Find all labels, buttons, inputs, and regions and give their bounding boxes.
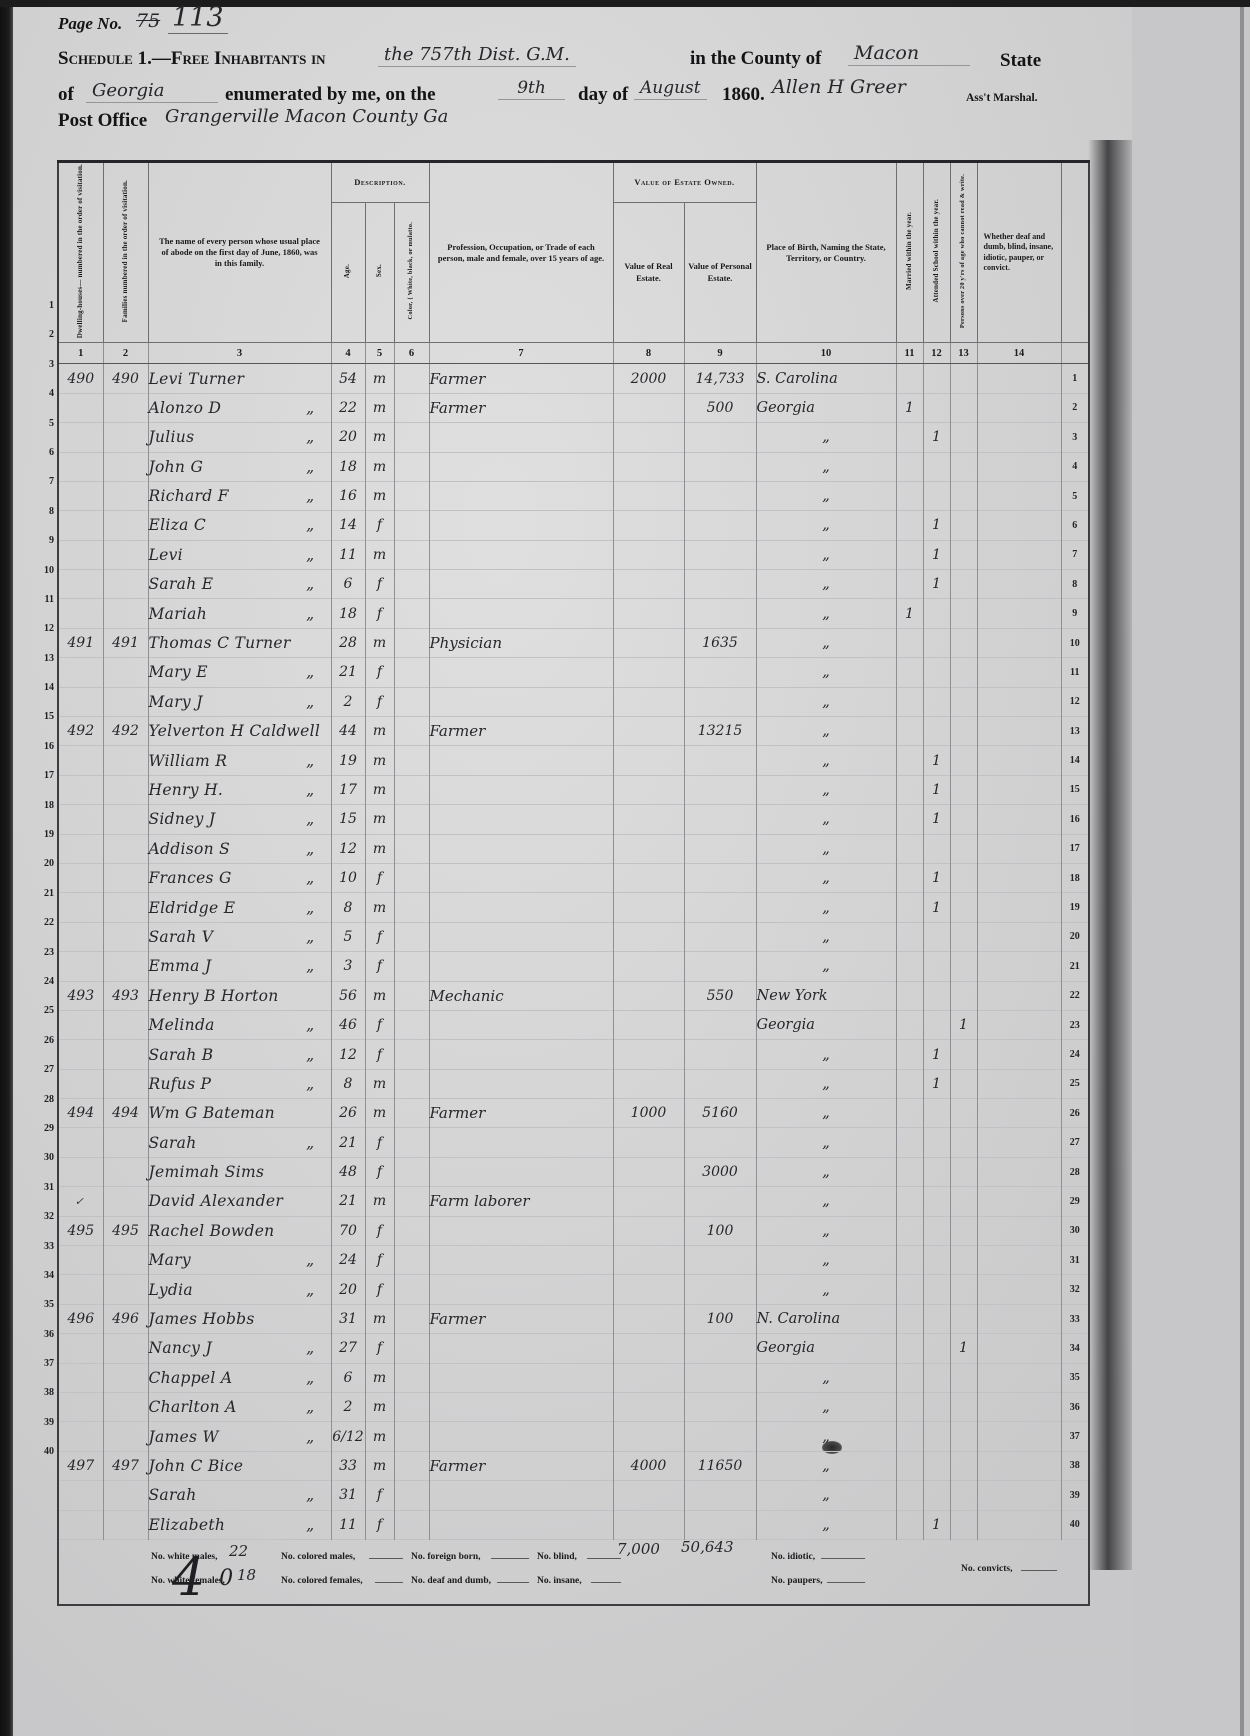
cell-name: Lydia„ [148, 1275, 331, 1304]
cell-sex: f [365, 599, 394, 628]
row-number-right: 15 [1061, 775, 1089, 804]
cell-school: 1 [923, 1510, 950, 1539]
row-number-right: 25 [1061, 1069, 1089, 1098]
cell-remarks [977, 1128, 1061, 1157]
cell-dwelling: 491 [58, 628, 103, 657]
cell-name: Rachel Bowden [148, 1216, 331, 1245]
cell-family [103, 511, 148, 540]
cell-name: Eliza C„ [148, 511, 331, 540]
cell-school: 1 [923, 511, 950, 540]
table-row: Henry H.„17m„115 [58, 775, 1089, 804]
cell-real-estate [613, 1157, 684, 1186]
state-label: State [1000, 50, 1041, 72]
row-number-left: 9 [30, 535, 54, 564]
cell-remarks [977, 1393, 1061, 1422]
cell-cannot-read [950, 1040, 977, 1069]
surname-ditto: „ [306, 869, 314, 887]
cell-age: 11 [331, 540, 365, 569]
cell-age: 21 [331, 658, 365, 687]
cell-remarks [977, 511, 1061, 540]
cell-remarks [977, 805, 1061, 834]
row-number-right: 36 [1061, 1393, 1089, 1422]
cell-birthplace: „ [756, 863, 896, 892]
cell-cannot-read [950, 658, 977, 687]
cell-occupation [429, 481, 613, 510]
cell-remarks [977, 922, 1061, 951]
cell-school: 1 [923, 540, 950, 569]
cell-family [103, 863, 148, 892]
row-number-right: 6 [1061, 511, 1089, 540]
cell-color [394, 658, 429, 687]
cell-remarks [977, 1246, 1061, 1275]
row-number-left: 37 [30, 1358, 54, 1387]
cell-dwelling [58, 570, 103, 599]
cell-age: 20 [331, 423, 365, 452]
cell-married [896, 952, 923, 981]
cell-age: 12 [331, 834, 365, 863]
cell-color [394, 1334, 429, 1363]
row-number-left: 14 [30, 682, 54, 711]
cell-sex: m [365, 805, 394, 834]
table-row: William R„19m„114 [58, 746, 1089, 775]
cell-real-estate [613, 863, 684, 892]
scan-right-edge [1240, 0, 1244, 1736]
surname-ditto: „ [306, 1016, 314, 1034]
table-row: 492492Yelverton H Caldwell44mFarmer13215… [58, 717, 1089, 746]
cell-dwelling [58, 1363, 103, 1392]
cell-color [394, 687, 429, 716]
person-name: Eldridge E [149, 899, 236, 917]
cell-birthplace: „ [756, 922, 896, 951]
cell-family [103, 1187, 148, 1216]
surname-ditto: „ [306, 1134, 314, 1152]
cell-family [103, 952, 148, 981]
row-number-left: 22 [30, 917, 54, 946]
cell-dwelling [58, 1393, 103, 1422]
cell-occupation [429, 893, 613, 922]
cell-dwelling: 490 [58, 364, 103, 393]
person-name: Jemimah Sims [149, 1163, 265, 1181]
cell-name: Henry B Horton [148, 981, 331, 1010]
table-row: Melinda„46fGeorgia123 [58, 1010, 1089, 1039]
cell-sex: m [365, 628, 394, 657]
check-mark: ✓ [75, 1195, 84, 1208]
surname-ditto: „ [306, 487, 314, 505]
cell-color [394, 981, 429, 1010]
table-row: Emma J„3f„21 [58, 952, 1089, 981]
cell-color [394, 511, 429, 540]
cell-name: Sarah„ [148, 1128, 331, 1157]
row-number-right: 3 [1061, 423, 1089, 452]
cell-birthplace: „ [756, 893, 896, 922]
cell-personal-estate [684, 1393, 756, 1422]
census-rows: 490490Levi Turner54mFarmer200014,733S. C… [58, 364, 1089, 1540]
cell-birthplace: „ [756, 628, 896, 657]
table-row: 496496James Hobbs31mFarmer100N. Carolina… [58, 1304, 1089, 1333]
person-name: Henry B Horton [149, 987, 279, 1005]
cell-occupation: Farmer [429, 717, 613, 746]
row-number-left: 1 [30, 300, 54, 329]
blind-label: No. blind, [537, 1552, 577, 1562]
binding-shadow [1088, 140, 1132, 1570]
cell-remarks [977, 1010, 1061, 1039]
cell-name: Sarah E„ [148, 570, 331, 599]
row-number-left: 27 [30, 1064, 54, 1093]
cell-occupation [429, 570, 613, 599]
cell-birthplace: „ [756, 834, 896, 863]
margin-mark: 40 [172, 1548, 233, 1608]
table-row: Rufus P„8m„125 [58, 1069, 1089, 1098]
cell-occupation [429, 1040, 613, 1069]
row-number-left: 38 [30, 1387, 54, 1416]
column-number-row: 123 456 789 101112 1314 [58, 343, 1089, 364]
cell-name: Addison S„ [148, 834, 331, 863]
cell-real-estate [613, 834, 684, 863]
cell-dwelling [58, 1510, 103, 1539]
cell-married [896, 775, 923, 804]
header-dwelling: Dwelling-houses— numbered in the order o… [58, 162, 103, 343]
cell-birthplace: „ [756, 1393, 896, 1422]
cell-married [896, 863, 923, 892]
cell-dwelling [58, 1481, 103, 1510]
cell-age: 14 [331, 511, 365, 540]
cell-personal-estate: 3000 [684, 1157, 756, 1186]
cell-cannot-read [950, 511, 977, 540]
cell-dwelling [58, 1069, 103, 1098]
row-number-left: 39 [30, 1417, 54, 1446]
cell-school: 1 [923, 1069, 950, 1098]
cell-sex: m [365, 981, 394, 1010]
surname-ditto: „ [306, 810, 314, 828]
table-row: 490490Levi Turner54mFarmer200014,733S. C… [58, 364, 1089, 393]
person-name: James Hobbs [149, 1310, 255, 1328]
cell-married [896, 364, 923, 393]
cell-real-estate [613, 423, 684, 452]
cell-name: William R„ [148, 746, 331, 775]
row-number-right: 29 [1061, 1187, 1089, 1216]
county-label: in the County of [690, 48, 821, 70]
cell-family [103, 805, 148, 834]
cell-color [394, 1010, 429, 1039]
cell-color [394, 1216, 429, 1245]
cell-sex: m [365, 1069, 394, 1098]
table-row: Eliza C„14f„16 [58, 511, 1089, 540]
cell-birthplace: New York [756, 981, 896, 1010]
row-number-left: 5 [30, 418, 54, 447]
cell-color [394, 893, 429, 922]
cell-remarks [977, 423, 1061, 452]
cell-cannot-read [950, 628, 977, 657]
cell-married [896, 452, 923, 481]
cell-age: 2 [331, 1393, 365, 1422]
cell-family [103, 1363, 148, 1392]
header-remarks: Whether deaf and dumb, blind, insane, id… [977, 162, 1061, 343]
cell-married [896, 1069, 923, 1098]
cell-dwelling: 497 [58, 1451, 103, 1480]
cell-school [923, 1451, 950, 1480]
cell-dwelling [58, 423, 103, 452]
cell-cannot-read [950, 981, 977, 1010]
person-name: Sarah B [149, 1046, 214, 1064]
cell-color [394, 1128, 429, 1157]
cell-sex: m [365, 540, 394, 569]
cell-name: John G„ [148, 452, 331, 481]
cell-family [103, 599, 148, 628]
row-number-left: 7 [30, 476, 54, 505]
idiotic-label: No. idiotic, [771, 1552, 815, 1562]
cell-real-estate [613, 981, 684, 1010]
cell-age: 17 [331, 775, 365, 804]
page-no-value: 113 [168, 2, 228, 34]
row-number-right: 39 [1061, 1481, 1089, 1510]
cell-dwelling [58, 805, 103, 834]
cell-dwelling [58, 775, 103, 804]
row-number-right: 35 [1061, 1363, 1089, 1392]
cell-color [394, 1393, 429, 1422]
cell-married [896, 1510, 923, 1539]
row-number-left: 15 [30, 711, 54, 740]
cell-sex: f [365, 863, 394, 892]
post-office-handwritten: Grangerville Macon County Ga [165, 106, 448, 127]
person-name: Alonzo D [149, 399, 222, 417]
row-number-right: 24 [1061, 1040, 1089, 1069]
cell-family [103, 658, 148, 687]
cell-dwelling [58, 687, 103, 716]
table-row: Levi„11m„17 [58, 540, 1089, 569]
cell-remarks [977, 1275, 1061, 1304]
cell-school [923, 1275, 950, 1304]
cell-age: 5 [331, 922, 365, 951]
person-name: Wm G Bateman [149, 1104, 275, 1122]
row-number-right: 30 [1061, 1216, 1089, 1245]
cell-married [896, 717, 923, 746]
cell-dwelling: 496 [58, 1304, 103, 1333]
cell-name: Mary J„ [148, 687, 331, 716]
cell-age: 6 [331, 1363, 365, 1392]
cell-name: Sarah V„ [148, 922, 331, 951]
cell-occupation [429, 1128, 613, 1157]
table-row: Sarah E„6f„18 [58, 570, 1089, 599]
surname-ditto: „ [306, 1398, 314, 1416]
cell-married [896, 687, 923, 716]
cell-name: Henry H.„ [148, 775, 331, 804]
month-handwritten: August [634, 78, 707, 100]
cell-family [103, 1334, 148, 1363]
cell-sex: m [365, 364, 394, 393]
cell-cannot-read [950, 863, 977, 892]
cell-family [103, 687, 148, 716]
cell-sex: f [365, 1010, 394, 1039]
table-row: Frances G„10f„118 [58, 863, 1089, 892]
cell-sex: f [365, 1510, 394, 1539]
cell-remarks [977, 863, 1061, 892]
cell-age: 19 [331, 746, 365, 775]
colored-females-label: No. colored females, [281, 1576, 363, 1586]
row-number-left: 16 [30, 741, 54, 770]
cell-remarks [977, 570, 1061, 599]
row-number-right: 14 [1061, 746, 1089, 775]
cell-school [923, 1422, 950, 1451]
cell-sex: m [365, 1451, 394, 1480]
row-number-right: 18 [1061, 863, 1089, 892]
cell-cannot-read: 1 [950, 1010, 977, 1039]
cell-color [394, 1157, 429, 1186]
cell-cannot-read [950, 1157, 977, 1186]
cell-color [394, 628, 429, 657]
surname-ditto: „ [306, 458, 314, 476]
cell-family [103, 540, 148, 569]
cell-family [103, 893, 148, 922]
row-number-left: 21 [30, 888, 54, 917]
surname-ditto: „ [306, 663, 314, 681]
cell-occupation [429, 834, 613, 863]
surname-ditto: „ [306, 928, 314, 946]
cell-sex: f [365, 570, 394, 599]
cell-cannot-read [950, 1363, 977, 1392]
cell-family [103, 1010, 148, 1039]
cell-family [103, 1157, 148, 1186]
cell-personal-estate: 1635 [684, 628, 756, 657]
cell-color [394, 423, 429, 452]
table-row: 497497John C Bice33mFarmer400011650„38 [58, 1451, 1089, 1480]
cell-sex: m [365, 1099, 394, 1128]
cell-married [896, 1304, 923, 1333]
cell-dwelling [58, 1422, 103, 1451]
cell-cannot-read [950, 1246, 977, 1275]
person-name: John C Bice [149, 1457, 244, 1475]
cell-personal-estate: 11650 [684, 1451, 756, 1480]
cell-family [103, 1069, 148, 1098]
header-cannot-read: Persons over 20 y'rs of age who cannot r… [950, 162, 977, 343]
cell-remarks [977, 893, 1061, 922]
cell-birthplace: „ [756, 717, 896, 746]
row-number-right: 1 [1061, 364, 1089, 393]
cell-school: 1 [923, 746, 950, 775]
row-number-right: 4 [1061, 452, 1089, 481]
cell-dwelling [58, 540, 103, 569]
row-number-left: 30 [30, 1152, 54, 1181]
header-married: Married within the year. [896, 162, 923, 343]
cell-color [394, 1363, 429, 1392]
cell-color [394, 1069, 429, 1098]
cell-family [103, 1040, 148, 1069]
cell-school [923, 1216, 950, 1245]
row-number-right: 7 [1061, 540, 1089, 569]
cell-occupation [429, 423, 613, 452]
cell-sex: f [365, 511, 394, 540]
cell-age: 27 [331, 1334, 365, 1363]
table-row: Richard F„16m„5 [58, 481, 1089, 510]
cell-color [394, 1422, 429, 1451]
cell-married [896, 1246, 923, 1275]
cell-real-estate [613, 1481, 684, 1510]
cell-real-estate [613, 687, 684, 716]
cell-sex: m [365, 834, 394, 863]
cell-color [394, 746, 429, 775]
cell-sex: f [365, 1128, 394, 1157]
surname-ditto: „ [306, 516, 314, 534]
cell-age: 26 [331, 1099, 365, 1128]
cell-color [394, 599, 429, 628]
header-birthplace: Place of Birth, Naming the State, Territ… [756, 162, 896, 343]
row-number-left: 29 [30, 1123, 54, 1152]
cell-birthplace: „ [756, 1481, 896, 1510]
table-row: Mariah„18f„19 [58, 599, 1089, 628]
post-office-label: Post Office [58, 110, 147, 132]
cell-school [923, 1099, 950, 1128]
cell-color [394, 1275, 429, 1304]
cell-family [103, 1275, 148, 1304]
cell-dwelling [58, 1010, 103, 1039]
table-row: Mary„24f„31 [58, 1246, 1089, 1275]
row-number-left: 26 [30, 1035, 54, 1064]
row-number-right: 28 [1061, 1157, 1089, 1186]
surname-ditto: „ [306, 752, 314, 770]
cell-occupation: Physician [429, 628, 613, 657]
cell-name: David Alexander [148, 1187, 331, 1216]
cell-married [896, 1481, 923, 1510]
cell-married [896, 1451, 923, 1480]
cell-color [394, 481, 429, 510]
cell-real-estate: 4000 [613, 1451, 684, 1480]
cell-birthplace: „ [756, 1040, 896, 1069]
cell-personal-estate [684, 952, 756, 981]
header-age: Age. [331, 202, 365, 343]
surname-ditto: „ [306, 1428, 314, 1446]
cell-cannot-read [950, 393, 977, 422]
cell-name: John C Bice [148, 1451, 331, 1480]
cell-real-estate [613, 1422, 684, 1451]
person-name: Sidney J [149, 810, 216, 828]
table-row: Sidney J„15m„116 [58, 805, 1089, 834]
cell-birthplace: „ [756, 1246, 896, 1275]
cell-family: 496 [103, 1304, 148, 1333]
cell-personal-estate [684, 1187, 756, 1216]
cell-color [394, 834, 429, 863]
schedule-title: Schedule 1.—Free Inhabitants in [58, 48, 326, 70]
cell-personal-estate [684, 540, 756, 569]
cell-school: 1 [923, 775, 950, 804]
table-row: Chappel A„6m„35 [58, 1363, 1089, 1392]
row-number-left: 10 [30, 565, 54, 594]
cell-personal-estate [684, 1010, 756, 1039]
cell-age: 18 [331, 452, 365, 481]
cell-remarks [977, 1069, 1061, 1098]
cell-dwelling [58, 1157, 103, 1186]
cell-sex: f [365, 1481, 394, 1510]
row-number-right: 20 [1061, 922, 1089, 951]
cell-dwelling [58, 1334, 103, 1363]
cell-occupation [429, 658, 613, 687]
cell-cannot-read [950, 1422, 977, 1451]
cell-school [923, 658, 950, 687]
census-scan-page: Page No. 75 113 Schedule 1.—Free Inhabit… [0, 0, 1250, 1736]
cell-birthplace: „ [756, 1275, 896, 1304]
cell-age: 10 [331, 863, 365, 892]
total-real-estate: 7,000 [617, 1540, 660, 1558]
cell-cannot-read [950, 570, 977, 599]
cell-name: Sarah„ [148, 1481, 331, 1510]
cell-occupation [429, 1157, 613, 1186]
row-number-left: 13 [30, 653, 54, 682]
row-number-left: 36 [30, 1329, 54, 1358]
cell-name: Richard F„ [148, 481, 331, 510]
row-number-left: 34 [30, 1270, 54, 1299]
cell-age: 56 [331, 981, 365, 1010]
table-row: Sarah„21f„27 [58, 1128, 1089, 1157]
total-personal-estate: 50,643 [681, 1538, 734, 1556]
row-number-right: 32 [1061, 1275, 1089, 1304]
